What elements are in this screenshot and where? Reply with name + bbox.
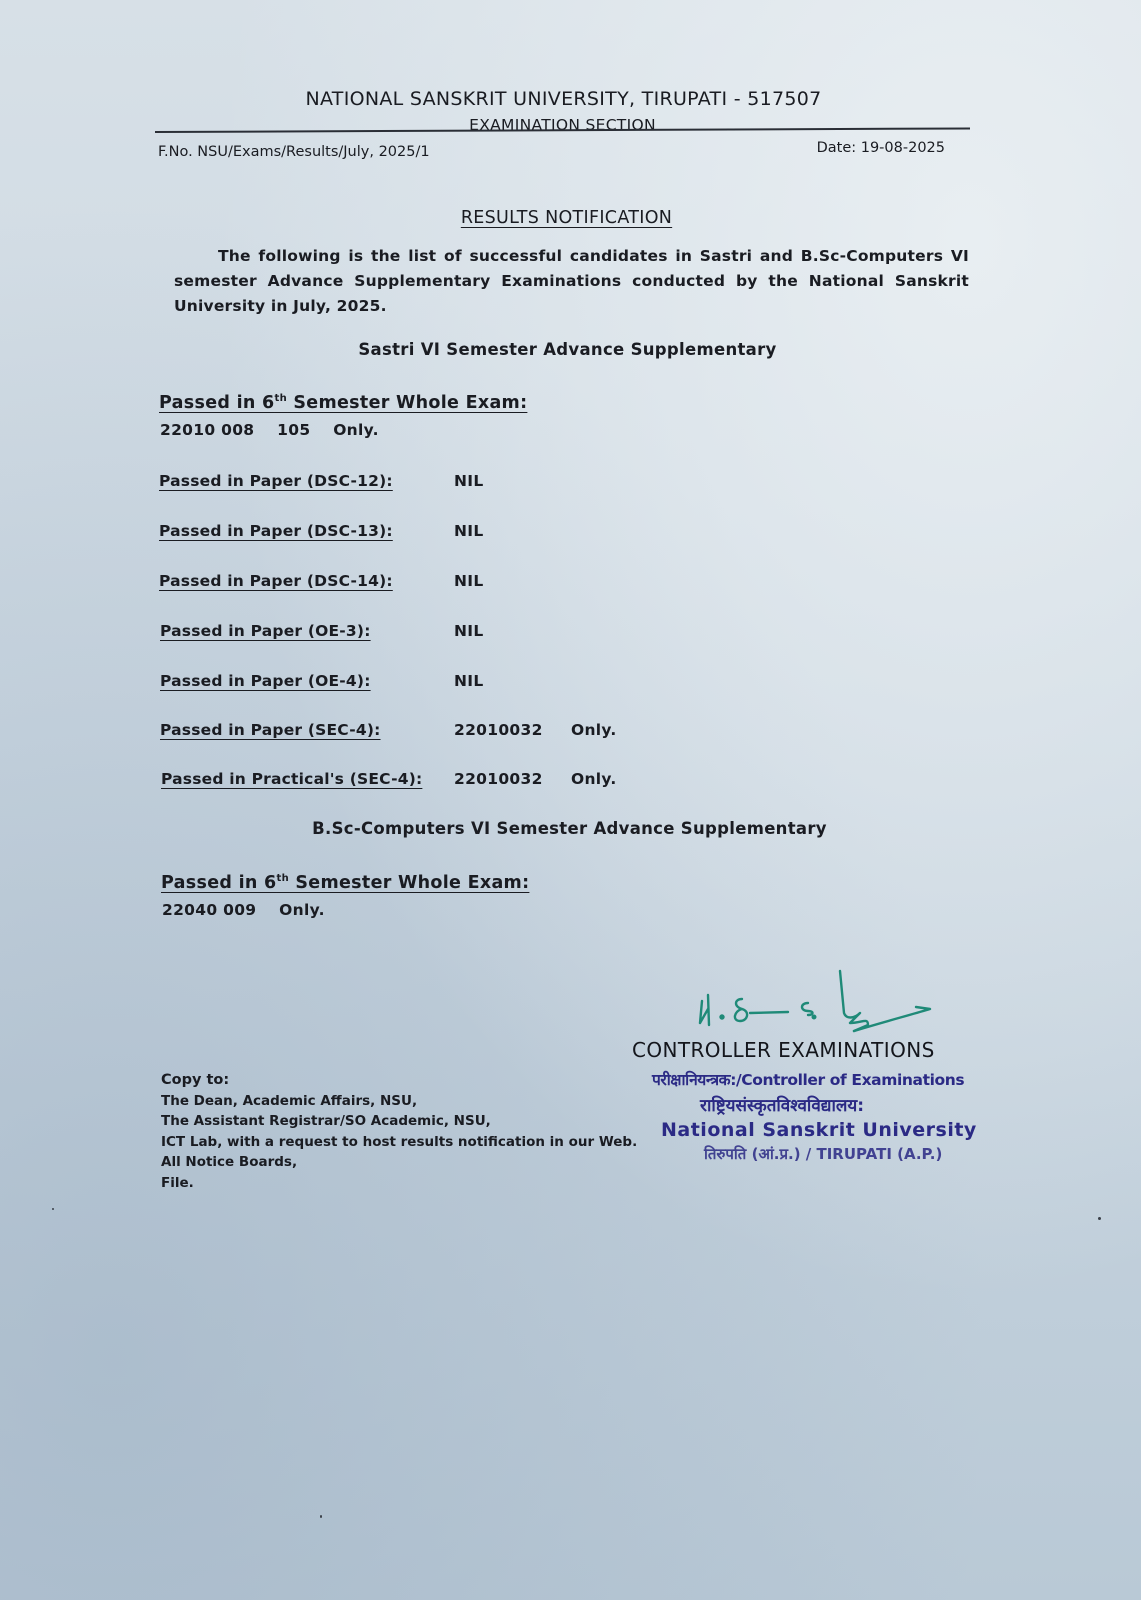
sastri-whole-exam-label: Passed in 6th Semester Whole Exam: — [159, 393, 527, 413]
label-text: Passed in 6 — [159, 393, 275, 413]
institution-name: NATIONAL SANSKRIT UNIVERSITY, TIRUPATI -… — [0, 88, 1134, 110]
bsc-section-heading: B.Sc-Computers VI Semester Advance Suppl… — [0, 819, 1140, 838]
document-title: RESULTS NOTIFICATION — [0, 208, 1137, 228]
bsc-whole-exam-value: 22040 009 Only. — [162, 901, 325, 919]
bsc-whole-exam-label: Passed in 6th Semester Whole Exam: — [161, 873, 529, 893]
copy-to-item: ICT Lab, with a request to host results … — [161, 1132, 637, 1153]
paper-result-value: 22010032 — [454, 721, 543, 739]
paper-result-value: NIL — [454, 472, 484, 490]
paper-speck — [1098, 1217, 1101, 1220]
intro-paragraph: The following is the list of successful … — [174, 244, 969, 319]
copy-to-block: Copy to: The Dean, Academic Affairs, NSU… — [161, 1070, 637, 1193]
paper-result-label: Passed in Paper (DSC-14): — [159, 572, 393, 590]
paper-result-label: Passed in Practical's (SEC-4): — [161, 770, 422, 788]
paper-result-value: NIL — [454, 522, 484, 540]
paper-result-suffix: Only. — [571, 721, 617, 739]
paper-result-label: Passed in Paper (OE-3): — [160, 622, 371, 640]
copy-to-item: The Dean, Academic Affairs, NSU, — [161, 1091, 637, 1112]
signature-icon — [690, 965, 950, 1035]
results-notification-document: NATIONAL SANSKRIT UNIVERSITY, TIRUPATI -… — [0, 0, 1141, 1600]
label-text: Semester Whole Exam: — [287, 393, 527, 413]
paper-result-label: Passed in Paper (DSC-13): — [159, 522, 393, 540]
ordinal-suffix: th — [277, 873, 290, 884]
paper-result-suffix: Only. — [571, 770, 617, 788]
paper-result-label: Passed in Paper (DSC-12): — [159, 472, 393, 490]
paper-speck — [52, 1208, 54, 1210]
copy-to-item: All Notice Boards, — [161, 1152, 637, 1173]
copy-to-list: The Dean, Academic Affairs, NSU,The Assi… — [161, 1091, 637, 1194]
intro-text: The following is the list of successful … — [174, 244, 969, 319]
stamp-line-2: राष्ट्रियसंस्कृतविश्वविद्यालय: — [700, 1093, 864, 1116]
paper-speck — [320, 1515, 322, 1518]
signatory-title: CONTROLLER EXAMINATIONS — [632, 1038, 935, 1062]
label-text: Semester Whole Exam: — [289, 873, 529, 893]
stamp-line-3: National Sanskrit University — [661, 1119, 977, 1141]
file-number: F.No. NSU/Exams/Results/July, 2025/1 — [158, 144, 430, 160]
paper-result-value: NIL — [454, 572, 484, 590]
copy-to-heading: Copy to: — [161, 1070, 637, 1091]
stamp-line-1: परीक्षानियन्त्रक:/Controller of Examinat… — [652, 1068, 964, 1090]
sastri-section-heading: Sastri VI Semester Advance Supplementary — [0, 340, 1138, 359]
copy-to-item: The Assistant Registrar/SO Academic, NSU… — [161, 1111, 637, 1132]
paper-result-label: Passed in Paper (OE-4): — [160, 672, 371, 690]
paper-result-value: NIL — [454, 622, 484, 640]
sastri-whole-exam-value: 22010 008 105 Only. — [160, 421, 379, 439]
copy-to-item: File. — [161, 1173, 637, 1194]
paper-result-label: Passed in Paper (SEC-4): — [160, 721, 381, 739]
notice-date: Date: 19-08-2025 — [817, 140, 945, 156]
ordinal-suffix: th — [275, 393, 288, 404]
label-text: Passed in 6 — [161, 873, 277, 893]
stamp-line-4: तिरुपति (आं.प्र.) / TIRUPATI (A.P.) — [704, 1144, 942, 1164]
paper-result-value: 22010032 — [454, 770, 543, 788]
paper-result-value: NIL — [454, 672, 484, 690]
